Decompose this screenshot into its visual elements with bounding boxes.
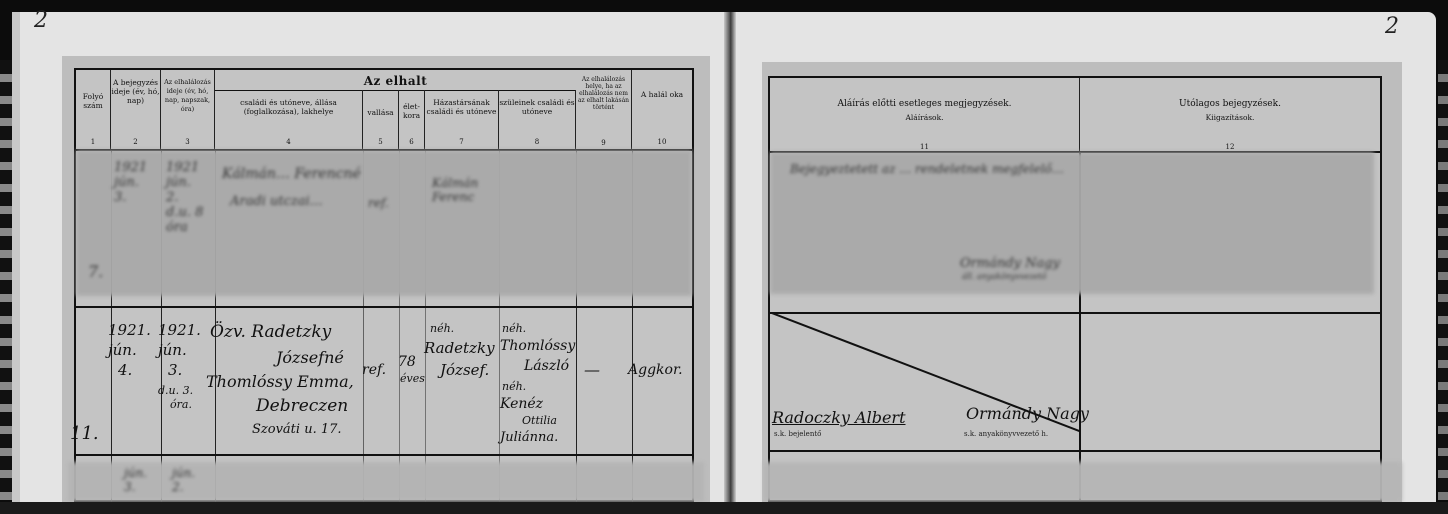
- col-subtitle: Aláírások.: [770, 111, 1079, 124]
- mother-surname: Kenéz: [500, 394, 543, 414]
- remark-text: Bejegyeztetett az … rendeletnek megfelel…: [790, 160, 1070, 178]
- reg-day: 4.: [108, 360, 156, 380]
- father-prefix: néh.: [502, 322, 526, 336]
- film-edge-right: [1438, 60, 1448, 500]
- mother-given-name-2: Juliánna.: [500, 428, 558, 448]
- col-num: 9: [576, 140, 631, 147]
- col-label: Az elhalálozás helye, ha az elhalálozás …: [578, 76, 629, 111]
- col-label: A halál oka: [641, 90, 683, 99]
- col-header-10: A halál oka 10: [632, 70, 692, 149]
- death-day: 3.: [158, 360, 204, 380]
- spouse-name: Kálmán Ferenc: [432, 176, 492, 204]
- reg-year: 1921.: [108, 320, 156, 340]
- mother-prefix: néh.: [502, 380, 526, 394]
- redacted-entry-row: [68, 462, 704, 502]
- death-date: 1921 jún. 2. d.u. 8 óra: [166, 160, 206, 235]
- col-title: Aláírás előtti esetleges megjegyzések.: [770, 98, 1079, 111]
- religion: ref.: [362, 360, 386, 380]
- row-divider: [770, 450, 1380, 452]
- registration-date: 1921. jún. 4.: [108, 320, 156, 380]
- col-label: élet-kora: [403, 102, 420, 120]
- row-divider: [76, 306, 692, 308]
- col-label: vallása: [367, 108, 393, 117]
- registrar-signature: Ormándy Nagy: [966, 404, 1089, 424]
- spouse-given-name: József.: [440, 360, 489, 380]
- col-subtitle: Kiigazítások.: [1080, 111, 1380, 124]
- deceased-name-line1: Özv. Radetzky: [210, 322, 331, 342]
- col-header-11: Aláírás előtti esetleges megjegyzések. A…: [770, 78, 1080, 156]
- col-label: családi és utóneve, állása (foglalkozása…: [240, 98, 337, 116]
- col-label: Az elhalálozás ideje (év, hó, nap, napsz…: [164, 78, 211, 113]
- deceased-address: Aradi utczai…: [230, 194, 323, 209]
- registration-date: 1921 jún. 3.: [114, 160, 154, 205]
- age-unit: éves: [400, 372, 425, 386]
- group-header-az-elhalt: Az elhalt: [215, 72, 576, 91]
- deceased-address: Szováti u. 17.: [252, 420, 342, 440]
- declarant-role: s.k. bejelentő: [774, 430, 821, 438]
- entry-number: 11.: [70, 424, 99, 444]
- spouse-prefix: néh.: [430, 322, 454, 336]
- col-num: 8: [499, 138, 575, 147]
- death-year: 1921.: [158, 320, 204, 340]
- entry-number: 7.: [88, 262, 103, 281]
- redacted-remarks-row: [764, 462, 1402, 502]
- col-num: 7: [425, 138, 498, 147]
- col-num: 5: [363, 138, 398, 147]
- mother-given-name: Ottilia: [522, 414, 557, 428]
- death-time: d.u. 3.: [158, 380, 204, 398]
- father-given-name: László: [524, 356, 569, 376]
- father-surname: Thomlóssy: [500, 336, 575, 356]
- col-num: 10: [632, 138, 692, 147]
- death-hour-label: óra.: [158, 398, 204, 412]
- death-month: jún.: [158, 340, 204, 360]
- registrar-signature: Ormándy Nagy: [960, 256, 1060, 271]
- col-header-12: Utólagos bejegyzések. Kiigazítások. 12: [1080, 78, 1380, 156]
- row-divider: [76, 454, 692, 456]
- registrar-role: s.k. anyakönyvvezető h.: [964, 430, 1048, 438]
- registrar-role: áll. anyakönyvvezető: [962, 272, 1046, 281]
- row-divider: [770, 312, 1380, 314]
- col-header-6: élet-kora 6: [399, 90, 425, 149]
- col-header-4: családi és utóneve, állása (foglalkozása…: [215, 90, 363, 149]
- col-num: 4: [215, 138, 362, 147]
- left-page-number: 2: [34, 8, 48, 33]
- deceased-name: Kálmán… Ferencné: [222, 166, 361, 182]
- deceased-name-line2: Józsefné: [276, 348, 344, 368]
- registration-date: jún. 3.: [124, 466, 154, 494]
- col-header-1: Folyó szám 1: [76, 70, 111, 149]
- col-header-2: A bejegyzés ideje (év, hó, nap) 2: [111, 70, 161, 149]
- col-label: A bejegyzés ideje (év, hó, nap): [112, 78, 160, 105]
- col-num: 1: [76, 138, 110, 147]
- right-page-number: 2: [1385, 14, 1399, 39]
- col-num: 2: [111, 138, 160, 147]
- deceased-maiden-name: Thomlóssy Emma,: [206, 372, 354, 392]
- spouse-surname: Radetzky: [424, 338, 495, 358]
- reg-month: jún.: [108, 340, 156, 360]
- cause-of-death: Aggkor.: [628, 360, 683, 380]
- col-header-5: vallása 5: [363, 90, 399, 149]
- col-label: Folyó szám: [83, 92, 103, 110]
- col-header-7: Házastársának családi és utóneve 7: [425, 90, 499, 149]
- age: 78: [398, 352, 416, 372]
- viewer-bottom-bar: [0, 502, 1448, 514]
- book-spine: [724, 12, 736, 502]
- declarant-signature: Radoczky Albert: [772, 408, 906, 428]
- col-label: Házastársának családi és utóneve: [427, 98, 497, 116]
- col-header-8: szüleinek családi és utóneve 8: [499, 90, 576, 149]
- col-title: Utólagos bejegyzések.: [1080, 98, 1380, 111]
- col-header-3: Az elhalálozás ideje (év, hó, nap, napsz…: [161, 70, 215, 149]
- col-num: 3: [161, 138, 214, 147]
- death-date: jún. 2.: [172, 466, 202, 494]
- place-of-death: —: [584, 360, 600, 380]
- col-num: 6: [399, 138, 424, 147]
- col-header-9: Az elhalálozás helye, ha az elhalálozás …: [576, 70, 632, 149]
- death-date: 1921. jún. 3. d.u. 3. óra.: [158, 320, 204, 412]
- film-edge-left: [0, 60, 12, 500]
- col-label: szüleinek családi és utóneve: [499, 98, 574, 116]
- religion: ref.: [368, 196, 389, 210]
- deceased-city: Debreczen: [256, 396, 348, 416]
